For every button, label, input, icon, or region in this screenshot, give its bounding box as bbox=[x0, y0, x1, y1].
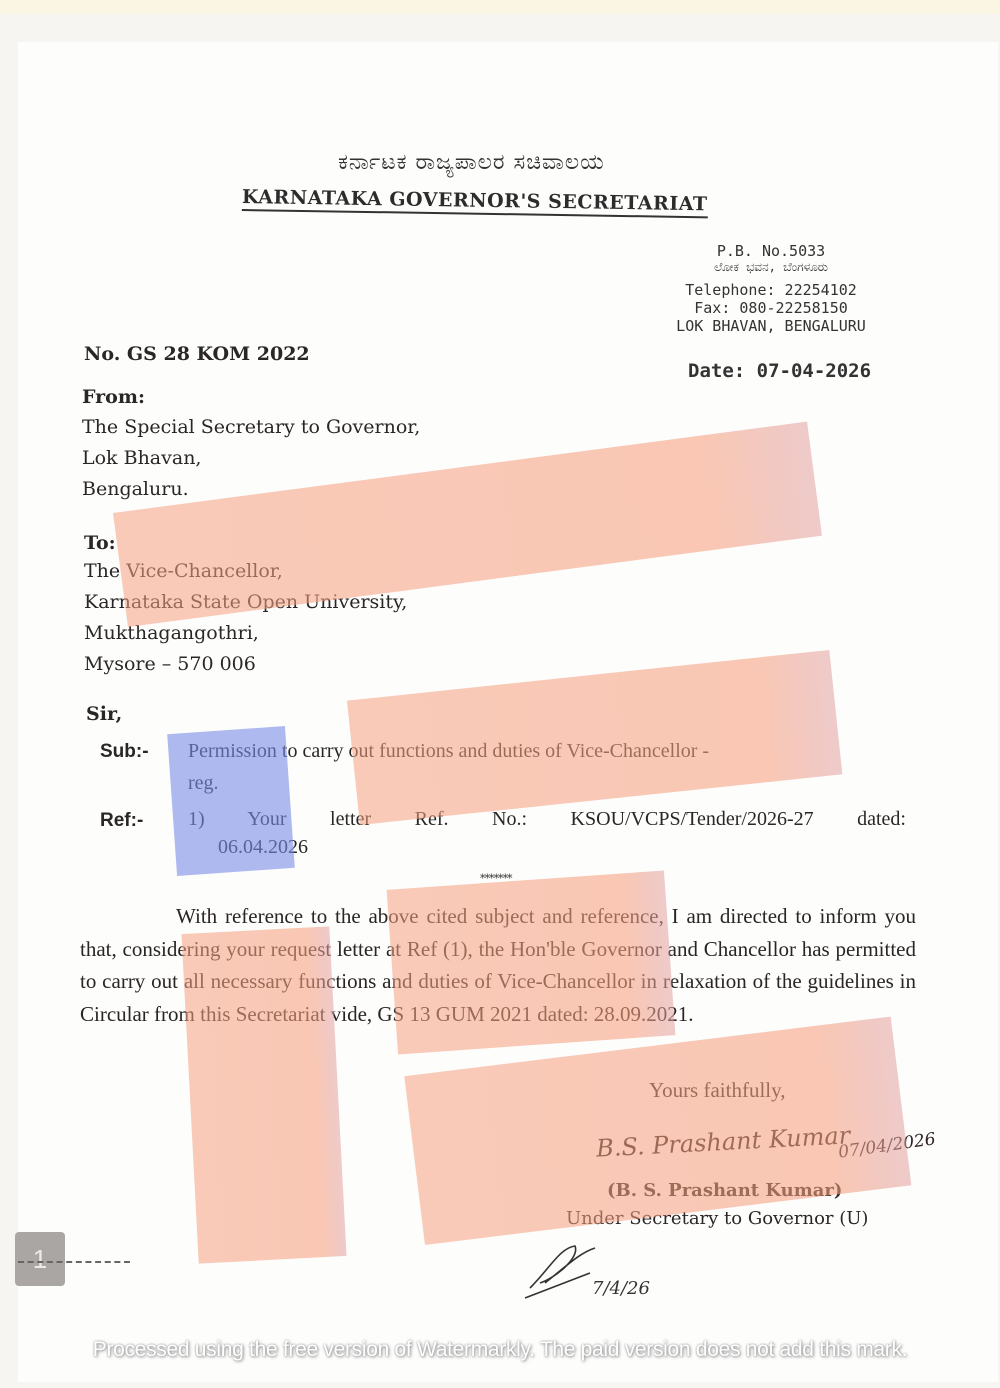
from-line: Lok Bhavan, bbox=[82, 443, 420, 474]
po-box: P.B. No.5033 bbox=[640, 242, 902, 260]
svg-text:7/4/26: 7/4/26 bbox=[592, 1278, 650, 1299]
office-address: LOK BHAVAN, BENGALURU bbox=[640, 317, 902, 335]
to-line: Mysore – 570 006 bbox=[84, 649, 407, 680]
initials-scribble-icon: 7/4/26 bbox=[520, 1228, 660, 1308]
reference-line: 06.04.2026 bbox=[218, 836, 308, 859]
from-block: From: The Special Secretary to Governor,… bbox=[82, 386, 420, 505]
signatory-name: (B. S. Prashant Kumar) bbox=[607, 1180, 842, 1201]
fax: Fax: 080-22258150 bbox=[640, 299, 902, 317]
letterhead-kannada-title: ಕರ್ನಾಟಕ ರಾಜ್ಯಪಾಲರ ಸಚಿವಾಲಯ bbox=[338, 150, 605, 175]
subject-label: Sub:- bbox=[100, 741, 149, 763]
kannada-address: ಲೋಕ ಭವನ, ಬೆಂಗಳೂರು bbox=[640, 260, 902, 275]
from-line: Bengaluru. bbox=[82, 474, 420, 505]
telephone: Telephone: 22254102 bbox=[640, 281, 902, 299]
watermark-text: Processed using the free version of Wate… bbox=[0, 1338, 1000, 1362]
scan-top-edge bbox=[0, 0, 1000, 14]
body-text: With reference to the above cited subjec… bbox=[80, 904, 916, 1026]
to-line: Karnataka State Open University, bbox=[84, 587, 407, 618]
body-paragraph: With reference to the above cited subjec… bbox=[80, 900, 916, 1030]
page-number-tab: 1 bbox=[15, 1232, 65, 1286]
letter-date: Date: 07-04-2026 bbox=[688, 360, 871, 382]
to-block: To: The Vice-Chancellor, Karnataka State… bbox=[84, 532, 407, 680]
reference-number: No. GS 28 KOM 2022 bbox=[84, 343, 310, 365]
closing: Yours faithfully, bbox=[649, 1078, 786, 1103]
letterhead-address-block: P.B. No.5033 ಲೋಕ ಭವನ, ಬೆಂಗಳೂರು Telephone… bbox=[640, 242, 902, 335]
page-marker-line bbox=[18, 1261, 130, 1263]
reference-label: Ref:- bbox=[100, 810, 143, 832]
to-line: Mukthagangothri, bbox=[84, 618, 407, 649]
reference-line: 1) Your letter Ref. No.: KSOU/VCPS/Tende… bbox=[188, 808, 906, 831]
to-label: To: bbox=[84, 532, 407, 554]
from-label: From: bbox=[82, 386, 420, 408]
subject-line: Permission to carry out functions and du… bbox=[188, 740, 908, 763]
separator-stars: ******* bbox=[480, 872, 512, 885]
signatory-designation: Under Secretary to Governor (U) bbox=[566, 1208, 868, 1229]
salutation: Sir, bbox=[86, 703, 122, 725]
to-line: The Vice-Chancellor, bbox=[84, 556, 407, 587]
from-line: The Special Secretary to Governor, bbox=[82, 412, 420, 443]
subject-line: reg. bbox=[188, 772, 219, 795]
